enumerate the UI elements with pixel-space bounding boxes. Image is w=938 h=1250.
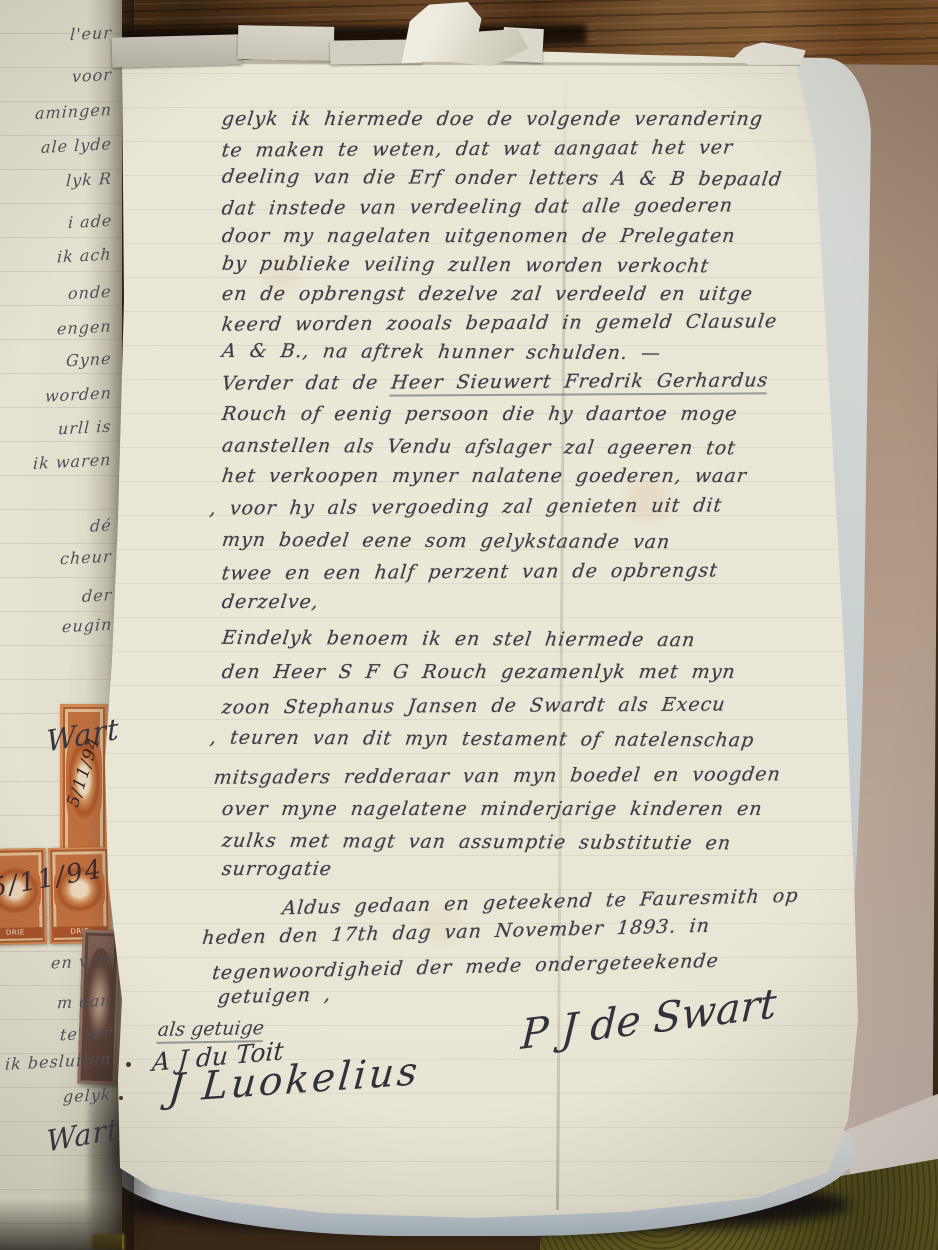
handwriting-fragment: en vrri bbox=[50, 950, 112, 972]
handwriting-fragment: l'eur bbox=[70, 23, 113, 44]
text-line: Rouch of eenig persoon die hy daartoe mo… bbox=[221, 403, 739, 425]
text-line: surrogatie bbox=[221, 858, 334, 880]
handwriting-fragment: cheur bbox=[60, 547, 113, 569]
text-line: den Heer S F G Rouch gezamenlyk met myn bbox=[221, 661, 737, 683]
text-line: door my nagelaten uitgenomen de Prelegat… bbox=[221, 225, 737, 247]
text-run: Verder dat de bbox=[221, 372, 393, 395]
handwriting-fragment: i ade bbox=[67, 211, 112, 232]
text-line: , teuren van dit myn testament of natele… bbox=[209, 727, 756, 752]
photo-of-testament-page: l'eur voor amingen ale lyde lyk R i ade … bbox=[0, 0, 938, 1250]
text-line: tegenwoordigheid der mede ondergeteekend… bbox=[211, 950, 720, 984]
text-line: over myne nagelatene minderjarige kinder… bbox=[221, 798, 764, 820]
text-line: Aldus gedaan en geteekend te Fauresmith … bbox=[281, 885, 799, 920]
text-line: zulks met magt van assumptie substitutie… bbox=[221, 830, 733, 855]
handwriting-fragment: amingen bbox=[34, 100, 112, 123]
handwriting-fragment: lyk R bbox=[66, 169, 113, 190]
text-line: A & B., na aftrek hunner schulden. — bbox=[221, 340, 663, 364]
text-line: zoon Stephanus Jansen de Swardt als Exec… bbox=[221, 693, 727, 718]
text-line: Verder dat de Heer Sieuwert Fredrik Gerh… bbox=[221, 369, 770, 394]
handwriting-fragment: ale lyde bbox=[40, 134, 112, 157]
text-line: twee en een half perzent van de opbrengs… bbox=[221, 559, 720, 584]
handwriting-fragment: urll is bbox=[58, 417, 113, 439]
text-line: , voor hy als vergoeding zal genieten ui… bbox=[209, 494, 724, 519]
handwriting-fragment: voor bbox=[72, 65, 113, 86]
text-line: te maken te weten, dat wat aangaat het v… bbox=[221, 136, 735, 161]
handwriting-fragment: m aan bbox=[57, 991, 113, 1013]
handwriting-fragment: gelyk bbox=[63, 1085, 112, 1107]
handwriting-fragment: Gyne bbox=[66, 349, 113, 370]
text-line: heden den 17th dag van November 1893. in bbox=[201, 915, 711, 949]
handwriting-fragment: onde bbox=[68, 282, 113, 303]
text-line: het verkoopen myner nalatene goederen, w… bbox=[221, 465, 749, 487]
text-line: Eindelyk benoem ik en stel hiermede aan bbox=[221, 627, 697, 651]
text-line: getuigen , bbox=[217, 984, 333, 1009]
text-line: derzelve, bbox=[221, 591, 321, 613]
handwriting-fragment: te ser bbox=[59, 1023, 112, 1045]
text-line: by publieke veiling zullen worden verkoc… bbox=[221, 253, 711, 278]
text-line: myn boedel eene som gelykstaande van bbox=[221, 529, 672, 553]
text-line: en de opbrengst dezelve zal verdeeld en … bbox=[221, 283, 755, 305]
handwriting-fragment: worden bbox=[45, 383, 113, 406]
handwriting-fragment: der bbox=[81, 585, 112, 606]
text-line: dat instede van verdeeling dat alle goed… bbox=[221, 194, 735, 219]
text-line: gelyk ik hiermede doe de volgende verand… bbox=[221, 108, 765, 130]
handwriting-fragment: dé bbox=[90, 515, 113, 535]
handwriting-fragment: engen bbox=[57, 317, 113, 339]
text-line: aanstellen als Vendu afslager zal ageere… bbox=[221, 435, 738, 460]
underlined-name: Heer Sieuwert Fredrik Gerhardus bbox=[390, 369, 770, 396]
text-line: mitsgaders redderaar van myn boedel en v… bbox=[213, 763, 783, 788]
handwritten-text: gelyk ik hiermede doe de volgende verand… bbox=[0, 0, 938, 1250]
handwriting-fragment: ik ach bbox=[57, 245, 113, 267]
text-line: keerd worden zooals bepaald in gemeld Cl… bbox=[221, 310, 779, 335]
witness-label: als getuige bbox=[157, 1017, 265, 1041]
handwriting-fragment: eugin bbox=[61, 615, 112, 637]
testator-signature: P J de Swart bbox=[520, 979, 778, 1059]
text-line: deeling van die Erf onder letters A & B … bbox=[221, 166, 784, 191]
